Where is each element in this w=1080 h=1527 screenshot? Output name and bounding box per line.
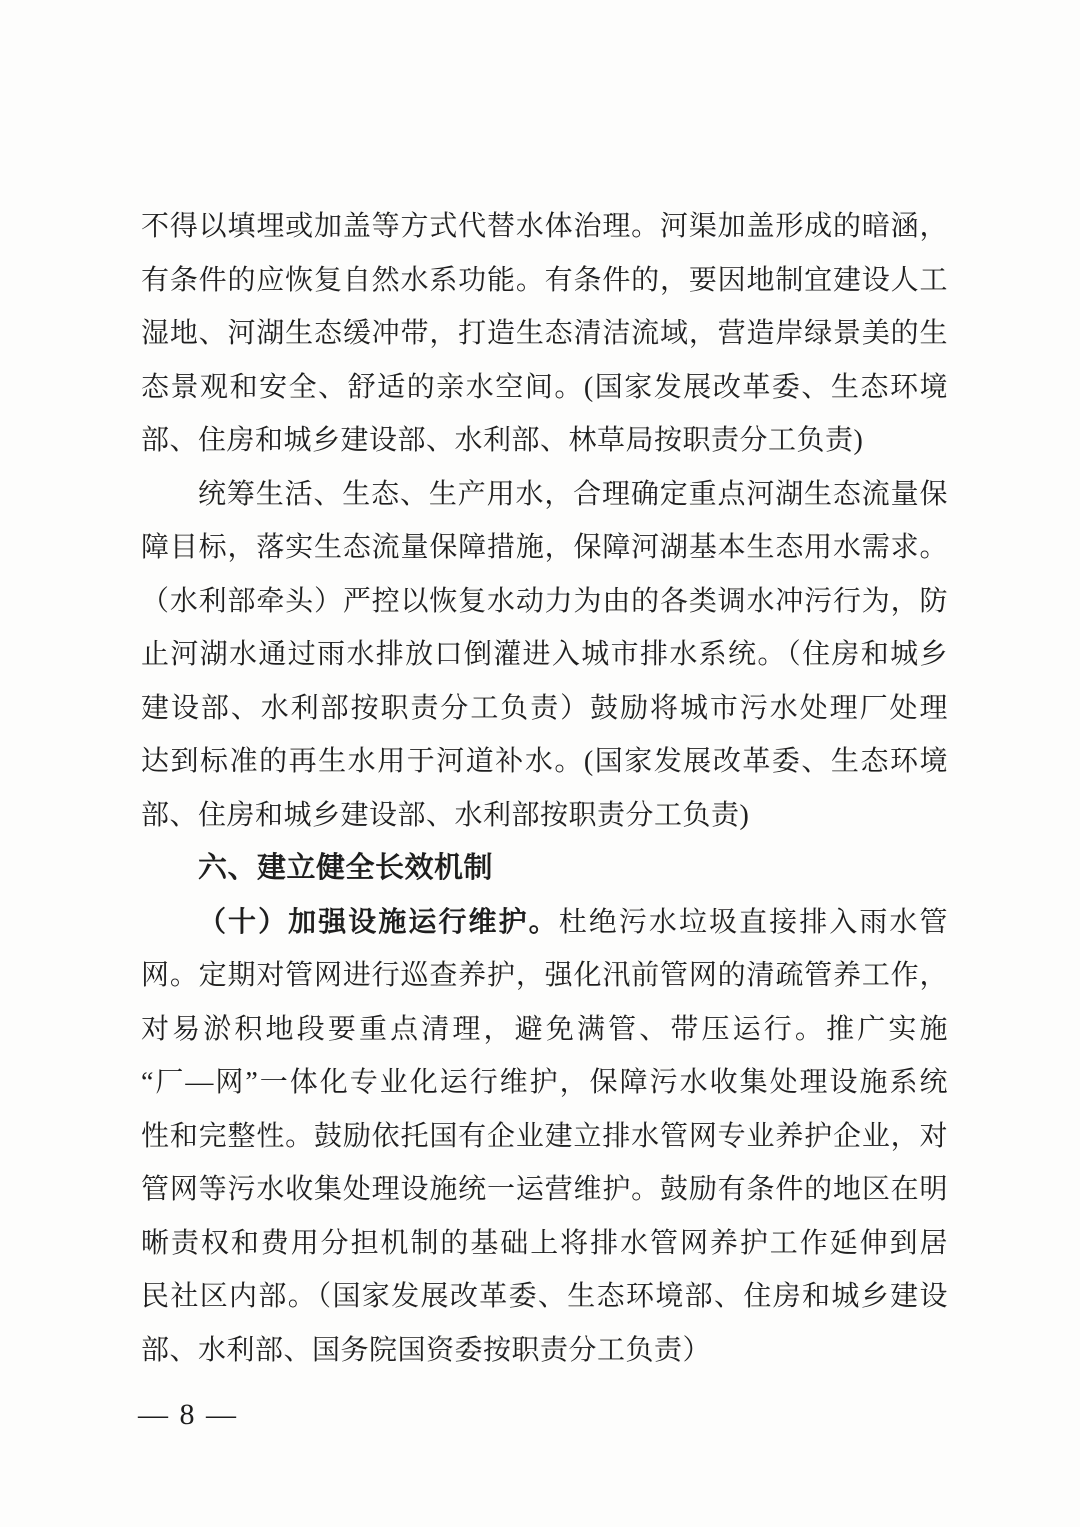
text-segment: 鼓励将城市污水处理厂处理 <box>590 693 948 724</box>
text-line: 部、住房和城乡建设部、水利部按职责分工负责) <box>141 789 948 843</box>
text-line: 不得以填埋或加盖等方式代替水体治理。河渠加盖形成的暗涵， <box>141 200 948 254</box>
text-segment: 达到标准的再生水用于河道补水。 <box>141 746 584 777</box>
text-line: 统筹生活、生态、生产用水，合理确定重点河湖生态流量保 <box>141 468 948 522</box>
text-line: 网。定期对管网进行巡查养护，强化汛前管网的清疏管养工作， <box>141 949 948 1003</box>
text-segment: 部、住房和城乡建设部、水利部按职责分工负责) <box>141 800 749 831</box>
text-line: 管网等污水收集处理设施统一运营维护。鼓励有条件的地区在明 <box>141 1163 948 1217</box>
text-segment: (国家发展改革委、生态环境 <box>584 746 948 777</box>
text-segment: 民社区内部。 <box>141 1281 317 1312</box>
text-segment: 湿地、河湖生态缓冲带，打造生态清洁流域，营造岸绿景美的生 <box>141 318 948 349</box>
text-segment: 部、住房和城乡建设部、水利部、林草局按职责分工负责) <box>141 425 863 456</box>
document-page: 不得以填埋或加盖等方式代替水体治理。河渠加盖形成的暗涵，有条件的应恢复自然水系功… <box>0 0 1080 1527</box>
text-segment: （国家发展改革委、生态环境部、住房和城乡建设 <box>317 1281 948 1312</box>
text-segment: 有条件的应恢复自然水系功能。有条件的，要因地制宜建设人工 <box>141 265 948 296</box>
text-segment: 严控以恢复水动力为由的各类调水冲污行为，防 <box>343 586 948 617</box>
text-segment: 不得以填埋或加盖等方式代替水体治理。河渠加盖形成的暗涵， <box>141 211 948 242</box>
text-segment: 态景观和安全、舒适的亲水空间。 <box>141 372 584 403</box>
text-segment: (国家发展改革委、生态环境 <box>584 372 948 403</box>
text-segment: 统筹生活、生态、生产用水，合理确定重点河湖生态流量保 <box>198 479 948 510</box>
text-line: 部、住房和城乡建设部、水利部、林草局按职责分工负责) <box>141 414 948 468</box>
text-line: 态景观和安全、舒适的亲水空间。(国家发展改革委、生态环境 <box>141 361 948 415</box>
text-line: “厂—网”一体化专业化运行维护，保障污水收集处理设施系统 <box>141 1056 948 1110</box>
text-line: （水利部牵头）严控以恢复水动力为由的各类调水冲污行为，防 <box>141 575 948 629</box>
text-segment: 部、水利部、国务院国资委按职责分工负责） <box>141 1335 711 1366</box>
text-segment: “厂—网”一体化专业化运行维护，保障污水收集处理设施系统 <box>141 1067 948 1098</box>
text-segment: 六、建立健全长效机制 <box>198 852 493 884</box>
text-segment: 晰责权和费用分担机制的基础上将排水管网养护工作延伸到居 <box>141 1228 948 1259</box>
text-segment: 对易淤积地段要重点清理，避免满管、带压运行。推广实施 <box>141 1014 948 1045</box>
text-segment: 性和完整性。鼓励依托国有企业建立排水管网专业养护企业，对 <box>141 1121 948 1152</box>
text-segment: 止河湖水通过雨水排放口倒灌进入城市排水系统。 <box>141 639 787 670</box>
text-segment: （住房和城乡 <box>787 639 948 670</box>
text-line: 民社区内部。（国家发展改革委、生态环境部、住房和城乡建设 <box>141 1270 948 1324</box>
text-line: 建设部、水利部按职责分工负责）鼓励将城市污水处理厂处理 <box>141 682 948 736</box>
text-line: 障目标，落实生态流量保障措施，保障河湖基本生态用水需求。 <box>141 521 948 575</box>
text-line: 止河湖水通过雨水排放口倒灌进入城市排水系统。（住房和城乡 <box>141 628 948 682</box>
text-segment: 障目标，落实生态流量保障措施，保障河湖基本生态用水需求。 <box>141 532 948 563</box>
text-line: 性和完整性。鼓励依托国有企业建立排水管网专业养护企业，对 <box>141 1110 948 1164</box>
text-line: 达到标准的再生水用于河道补水。(国家发展改革委、生态环境 <box>141 735 948 789</box>
text-line: 对易淤积地段要重点清理，避免满管、带压运行。推广实施 <box>141 1003 948 1057</box>
text-line: 晰责权和费用分担机制的基础上将排水管网养护工作延伸到居 <box>141 1217 948 1271</box>
text-segment: 杜绝污水垃圾直接排入雨水管 <box>559 907 948 938</box>
text-line: 部、水利部、国务院国资委按职责分工负责） <box>141 1324 948 1378</box>
section-heading: 六、建立健全长效机制 <box>141 842 948 896</box>
text-line: 湿地、河湖生态缓冲带，打造生态清洁流域，营造岸绿景美的生 <box>141 307 948 361</box>
text-line: 有条件的应恢复自然水系功能。有条件的，要因地制宜建设人工 <box>141 254 948 308</box>
text-segment: （水利部牵头） <box>141 586 343 617</box>
page-number: — 8 — <box>138 1398 238 1432</box>
text-segment: 网。定期对管网进行巡查养护，强化汛前管网的清疏管养工作， <box>141 960 948 991</box>
text-segment: （十）加强设施运行维护。 <box>198 907 559 938</box>
document-body: 不得以填埋或加盖等方式代替水体治理。河渠加盖形成的暗涵，有条件的应恢复自然水系功… <box>141 200 948 1377</box>
text-line: （十）加强设施运行维护。杜绝污水垃圾直接排入雨水管 <box>141 896 948 950</box>
text-segment: 建设部、水利部按职责分工负责） <box>141 693 590 724</box>
text-segment: 管网等污水收集处理设施统一运营维护。鼓励有条件的地区在明 <box>141 1174 948 1205</box>
